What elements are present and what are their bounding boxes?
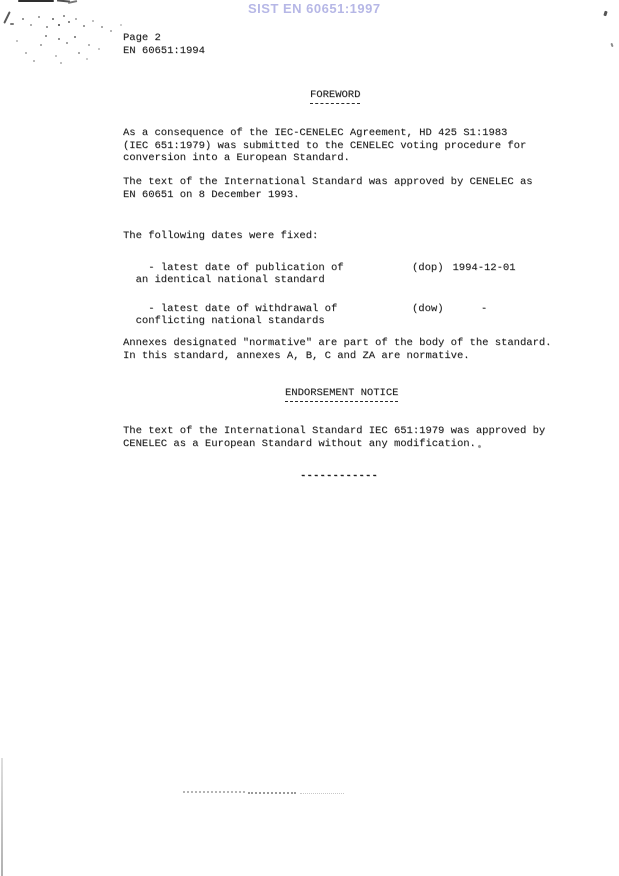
date-row-label: - latest date of withdrawal of conflicti… <box>123 303 337 328</box>
date-row-code: (dow) <box>412 303 444 316</box>
scan-artifact-topbar <box>18 0 54 2</box>
date-row-value: 1994-12-01 <box>452 262 516 275</box>
standard-reference: EN 60651:1994 <box>123 45 205 58</box>
date-row-publication: - latest date of publication of an ident… <box>123 249 543 275</box>
paragraph-consequence: As a consequence of the IEC-CENELEC Agre… <box>123 127 526 165</box>
scan-artifact-smudge <box>300 793 344 794</box>
scan-artifact-speck <box>610 43 613 47</box>
paragraph-endorsement: The text of the International Standard I… <box>123 425 545 450</box>
scan-artifact-edge-line <box>1 758 3 876</box>
foreword-title: FOREWORD <box>310 89 360 104</box>
scan-artifact-speck <box>603 11 607 17</box>
paragraph-annexes: Annexes designated "normative" are part … <box>123 337 551 362</box>
watermark-text: SIST EN 60651:1997 <box>248 1 381 16</box>
date-row-withdrawal: - latest date of withdrawal of conflicti… <box>123 290 543 316</box>
scan-artifact-smudge <box>248 792 296 794</box>
scan-noise-speckles <box>0 0 2 2</box>
scan-artifact-pen-tick <box>10 23 14 25</box>
scan-artifact-topmark <box>68 0 77 3</box>
end-divider: ------------ <box>300 470 378 483</box>
document-page: SIST EN 60651:1997 Page 2 EN 60651:1994 … <box>0 0 619 876</box>
date-row-value: - <box>452 303 516 316</box>
scan-artifact-pen-tick <box>3 11 10 24</box>
endorsement-title: ENDORSEMENT NOTICE <box>285 387 398 402</box>
paragraph-approval: The text of the International Standard w… <box>123 176 533 201</box>
page-number: Page 2 <box>123 32 161 45</box>
scan-artifact-smudge <box>183 791 245 793</box>
date-row-code: (dop) <box>412 262 444 275</box>
dates-intro: The following dates were fixed: <box>123 230 318 243</box>
date-row-label: - latest date of publication of an ident… <box>123 262 344 287</box>
